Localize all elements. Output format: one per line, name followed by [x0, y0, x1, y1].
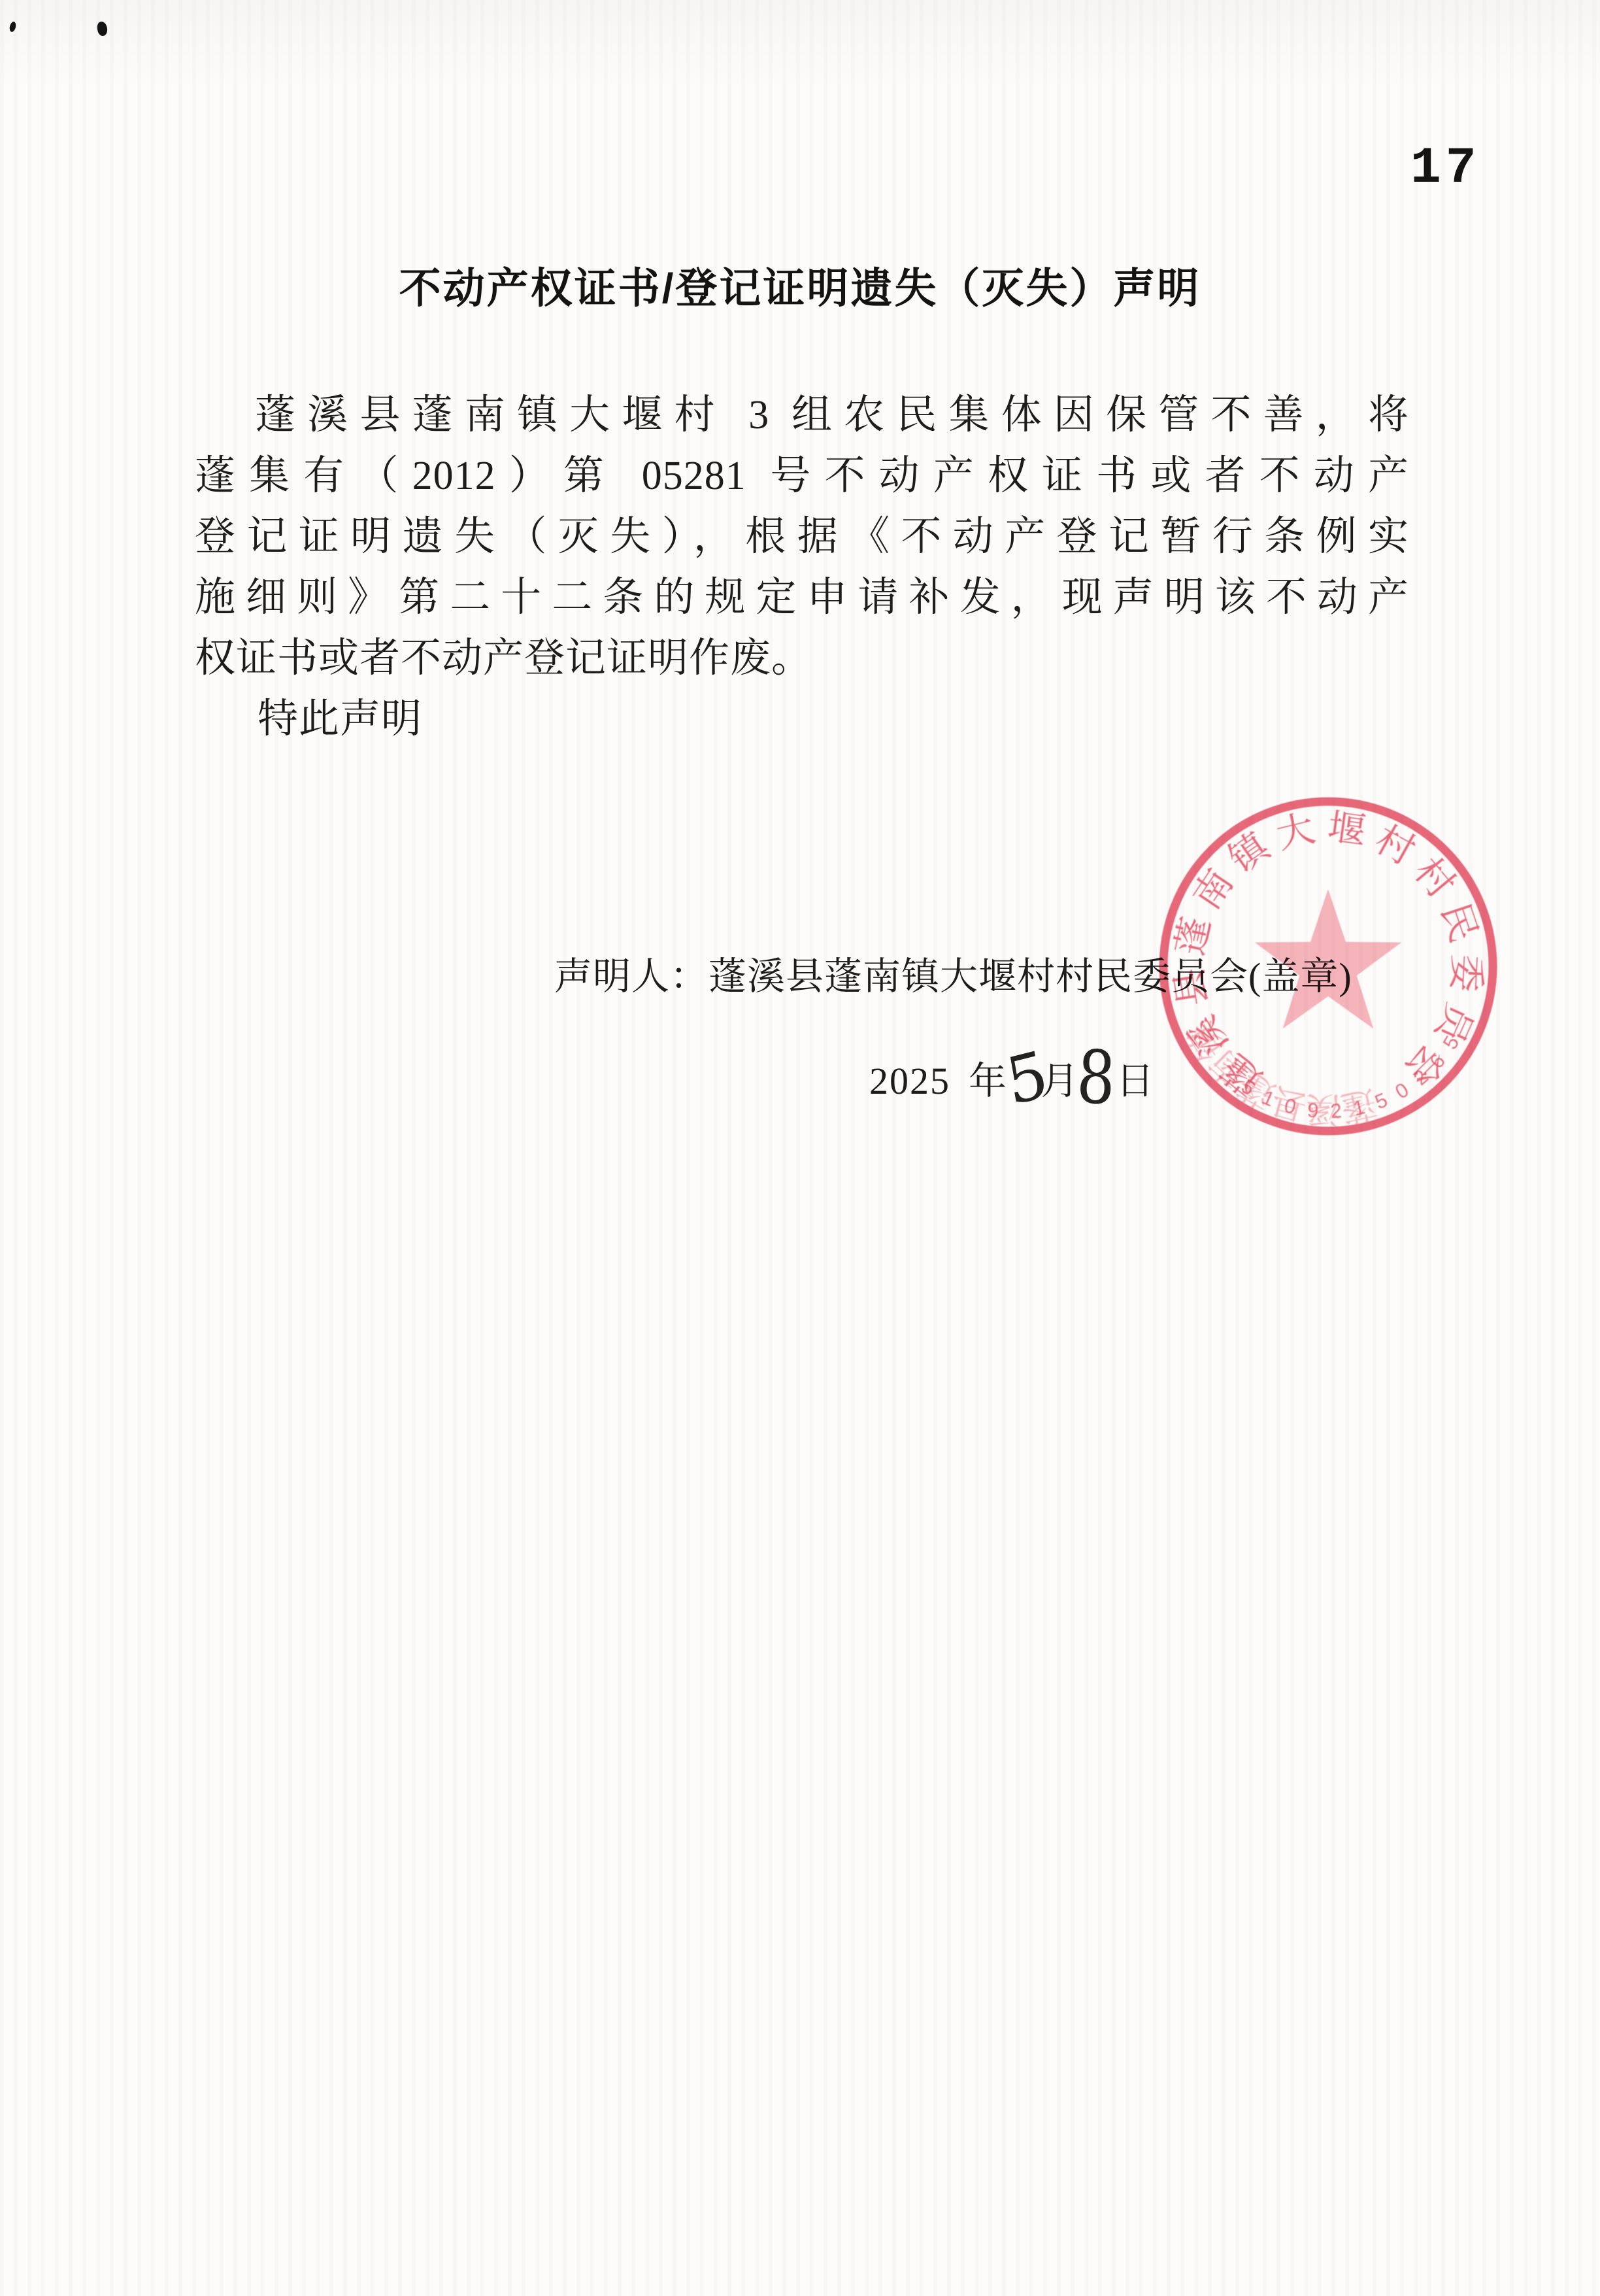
scan-speck — [97, 21, 108, 37]
body-line: 蓬溪县蓬南镇大堰村 3 组农民集体因保管不善，将 — [195, 385, 1409, 446]
body-line: 登记证明遗失（灭失），根据《不动产登记暂行条例实 — [195, 507, 1409, 567]
declaration-body: 蓬溪县蓬南镇大堰村 3 组农民集体因保管不善，将 蓬集有（2012）第 0528… — [195, 385, 1409, 750]
scanned-document-page: 17 不动产权证书/登记证明遗失（灭失）声明 蓬溪县蓬南镇大堰村 3 组农民集体… — [0, 0, 1600, 2296]
body-line: 权证书或者不动产登记证明作废。 — [195, 628, 1409, 689]
official-seal-stamp: 蓬溪县蓬南镇大堰村村民委员会 蓬溪县蓬南镇 51092150265 — [1099, 737, 1557, 1195]
body-line: 施细则》第二十二条的规定申请补发，现声明该不动产 — [195, 567, 1409, 628]
handwritten-month: 5 — [1004, 1055, 1052, 1102]
scan-speck — [8, 21, 17, 33]
page-number: 17 — [1410, 140, 1481, 197]
date-year: 2025 — [869, 1060, 950, 1102]
seal-ghost-text: 蓬溪县蓬南镇 — [1180, 1014, 1380, 1128]
document-title: 不动产权证书/登记证明遗失（灭失）声明 — [0, 255, 1600, 315]
star-icon — [1255, 889, 1401, 1029]
declarant-label: 声明人： — [554, 955, 708, 998]
body-line: 蓬集有（2012）第 05281 号不动产权证书或者不动产 — [195, 446, 1409, 507]
date-year-unit: 年 — [969, 1060, 1008, 1102]
